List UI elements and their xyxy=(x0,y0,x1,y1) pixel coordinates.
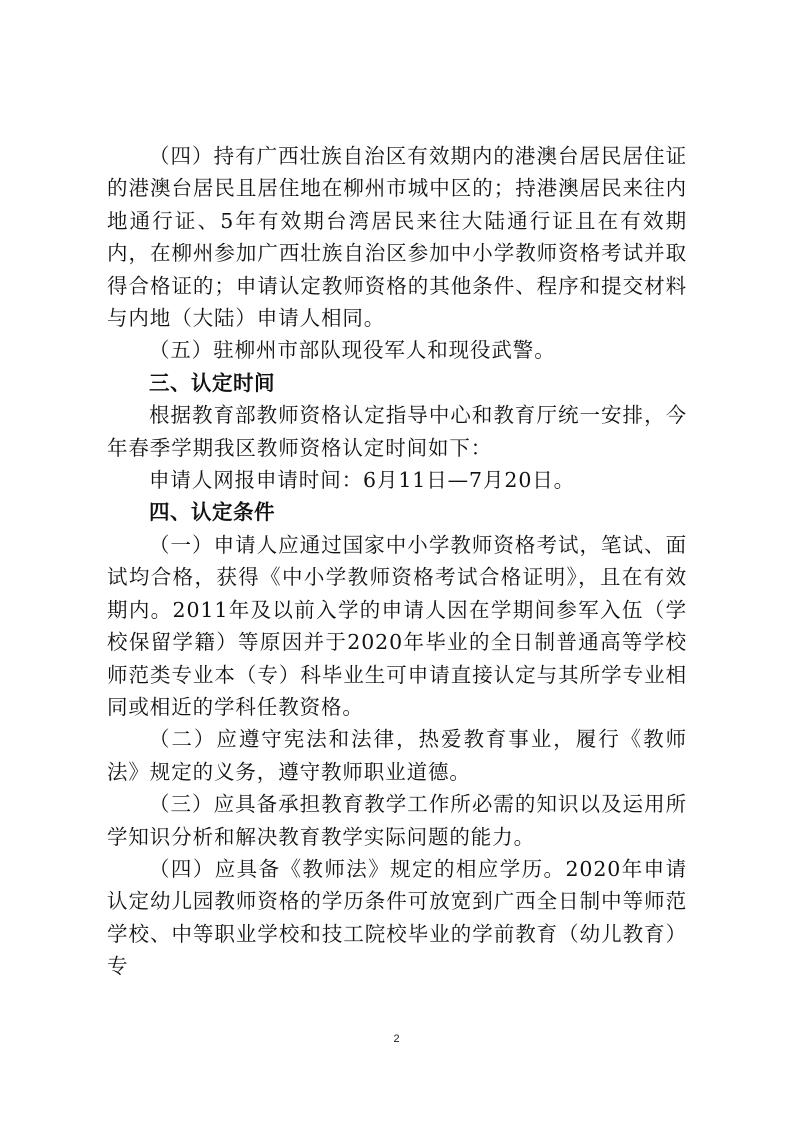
paragraph-condition-education: （四）应具备《教师法》规定的相应学历。2020年申请认定幼儿园教师资格的学历条件… xyxy=(107,853,687,983)
paragraph-condition-knowledge: （三）应具备承担教育教学工作所必需的知识以及运用所学知识分析和解决教育教学实际问… xyxy=(107,788,687,853)
paragraph-condition-law: （二）应遵守宪法和法律，热爱教育事业，履行《教师法》规定的义务，遵守教师职业道德… xyxy=(107,723,687,788)
section-heading-certification-time: 三、认定时间 xyxy=(107,367,687,399)
paragraph-application-period: 申请人网报申请时间：6月11日—7月20日。 xyxy=(107,464,687,496)
section-heading-certification-conditions: 四、认定条件 xyxy=(107,496,687,528)
paragraph-military-personnel: （五）驻柳州市部队现役军人和现役武警。 xyxy=(107,334,687,366)
document-page: （四）持有广西壮族自治区有效期内的港澳台居民居住证的港澳台居民且居住地在柳州市城… xyxy=(107,140,687,983)
paragraph-schedule-intro: 根据教育部教师资格认定指导中心和教育厅统一安排，今年春季学期我区教师资格认定时间… xyxy=(107,399,687,464)
page-number: 2 xyxy=(0,1033,793,1045)
paragraph-residence-permit-holders: （四）持有广西壮族自治区有效期内的港澳台居民居住证的港澳台居民且居住地在柳州市城… xyxy=(107,140,687,334)
paragraph-condition-exam: （一）申请人应通过国家中小学教师资格考试，笔试、面试均合格，获得《中小学教师资格… xyxy=(107,529,687,723)
